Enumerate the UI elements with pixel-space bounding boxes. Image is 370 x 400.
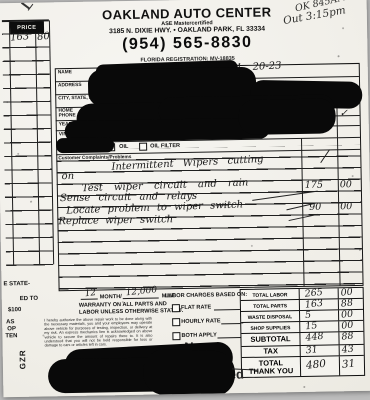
tax-cents: 43 (341, 344, 354, 356)
service-amount-dollars: 175 (305, 180, 323, 191)
redaction-blob (56, 137, 114, 153)
edge-text-fragment: ED TO (20, 295, 38, 302)
warranty-month-label: MONTH/ (100, 293, 122, 300)
total-labor-label: TOTAL LABOR (252, 291, 287, 297)
edge-text-fragment: AS (6, 318, 14, 325)
waste-disposal-label: WASTE DISPOSAL (248, 313, 292, 319)
receipt-scan: OK 845AM Out 3:15pm OAKLAND AUTO CENTER … (0, 0, 370, 397)
complaints-section-header: Customer Complaints/Problems (58, 153, 131, 160)
service-amount-dollars: 90 (309, 202, 321, 213)
total-parts-label: TOTAL PARTS (253, 302, 287, 308)
service-line: on (62, 171, 75, 182)
totals-row: TAX 31 43 (242, 344, 364, 357)
grand-total-dollars: 480 (305, 358, 326, 372)
handwritten-price-cents: 80 (37, 31, 51, 43)
price-column-grid (2, 20, 53, 266)
edge-text-fragment: $100 (8, 306, 21, 313)
flat-rate-label: FLAT RATE (181, 304, 211, 311)
grand-total-cents: 31 (341, 358, 356, 371)
rotated-edge-stamp: GZR (18, 349, 27, 369)
tax-dollars: 31 (305, 344, 318, 356)
hourly-rate-label: HOURLY RATE (181, 317, 221, 324)
handwritten-price-dollars: 163 (10, 31, 30, 44)
authorization-fine-print: I hereby authorize the above repair work… (44, 317, 152, 348)
handwritten-checkmark: ✓ (339, 108, 348, 119)
total-parts-dollars: 163 (304, 298, 323, 311)
both-apply-label: BOTH APPLY (181, 331, 216, 338)
service-amount-cents: 00 (340, 201, 352, 212)
home-phone-field-label: HOME PHONE (58, 108, 76, 118)
business-phone: (954) 565-8830 (52, 33, 322, 56)
waste-disposal-dollars: 5 (305, 310, 312, 322)
fill-in-underline (214, 309, 240, 310)
oil-filter-checkbox-label: OIL FILTER (150, 142, 180, 149)
grand-total-label: TOTAL THANK YOU (246, 359, 296, 376)
both-apply-checkbox (172, 332, 180, 340)
labor-charges-title: LABOR CHARGES BASED ON: (165, 291, 248, 299)
subtotal-cents: 88 (341, 331, 354, 343)
edge-text-fragment: TEN (5, 332, 17, 339)
warranty-text-line2: LABOR UNLESS OTHERWISE STATED. (79, 307, 183, 315)
service-amount-cents: 00 (340, 179, 352, 190)
totals-row: TOTAL THANK YOU 480 31 (242, 355, 364, 377)
service-line: Replace wiper switch (58, 214, 173, 227)
price-column-title: PRICE (17, 24, 36, 31)
address-field-label: ADDRESS (58, 82, 82, 88)
hourly-rate-checkbox (172, 318, 180, 326)
totals-table: TOTAL LABOR 265 00 TOTAL PARTS 163 88 WA… (240, 287, 366, 378)
subtotal-dollars: 448 (305, 331, 324, 344)
redaction-blob-signature (142, 348, 236, 397)
handwritten-warranty-months: 12 (84, 288, 97, 299)
redaction-blob (238, 98, 336, 135)
edge-text-fragment: OP (7, 325, 16, 332)
tax-label: TAX (246, 347, 296, 356)
pen-stroke (28, 4, 34, 11)
flat-rate-checkbox (172, 304, 180, 312)
name-field-label: NAME (58, 69, 72, 75)
shop-supplies-label: SHOP SUPPLIES (250, 324, 290, 330)
handwritten-warranty-miles: 12,000 (125, 285, 157, 298)
subtotal-label: SUBTOTAL (245, 335, 295, 344)
oil-checkbox-label: OIL (119, 143, 128, 149)
edge-text-fragment: E STATE- (3, 280, 30, 287)
oil-filter-checkbox (139, 143, 147, 151)
